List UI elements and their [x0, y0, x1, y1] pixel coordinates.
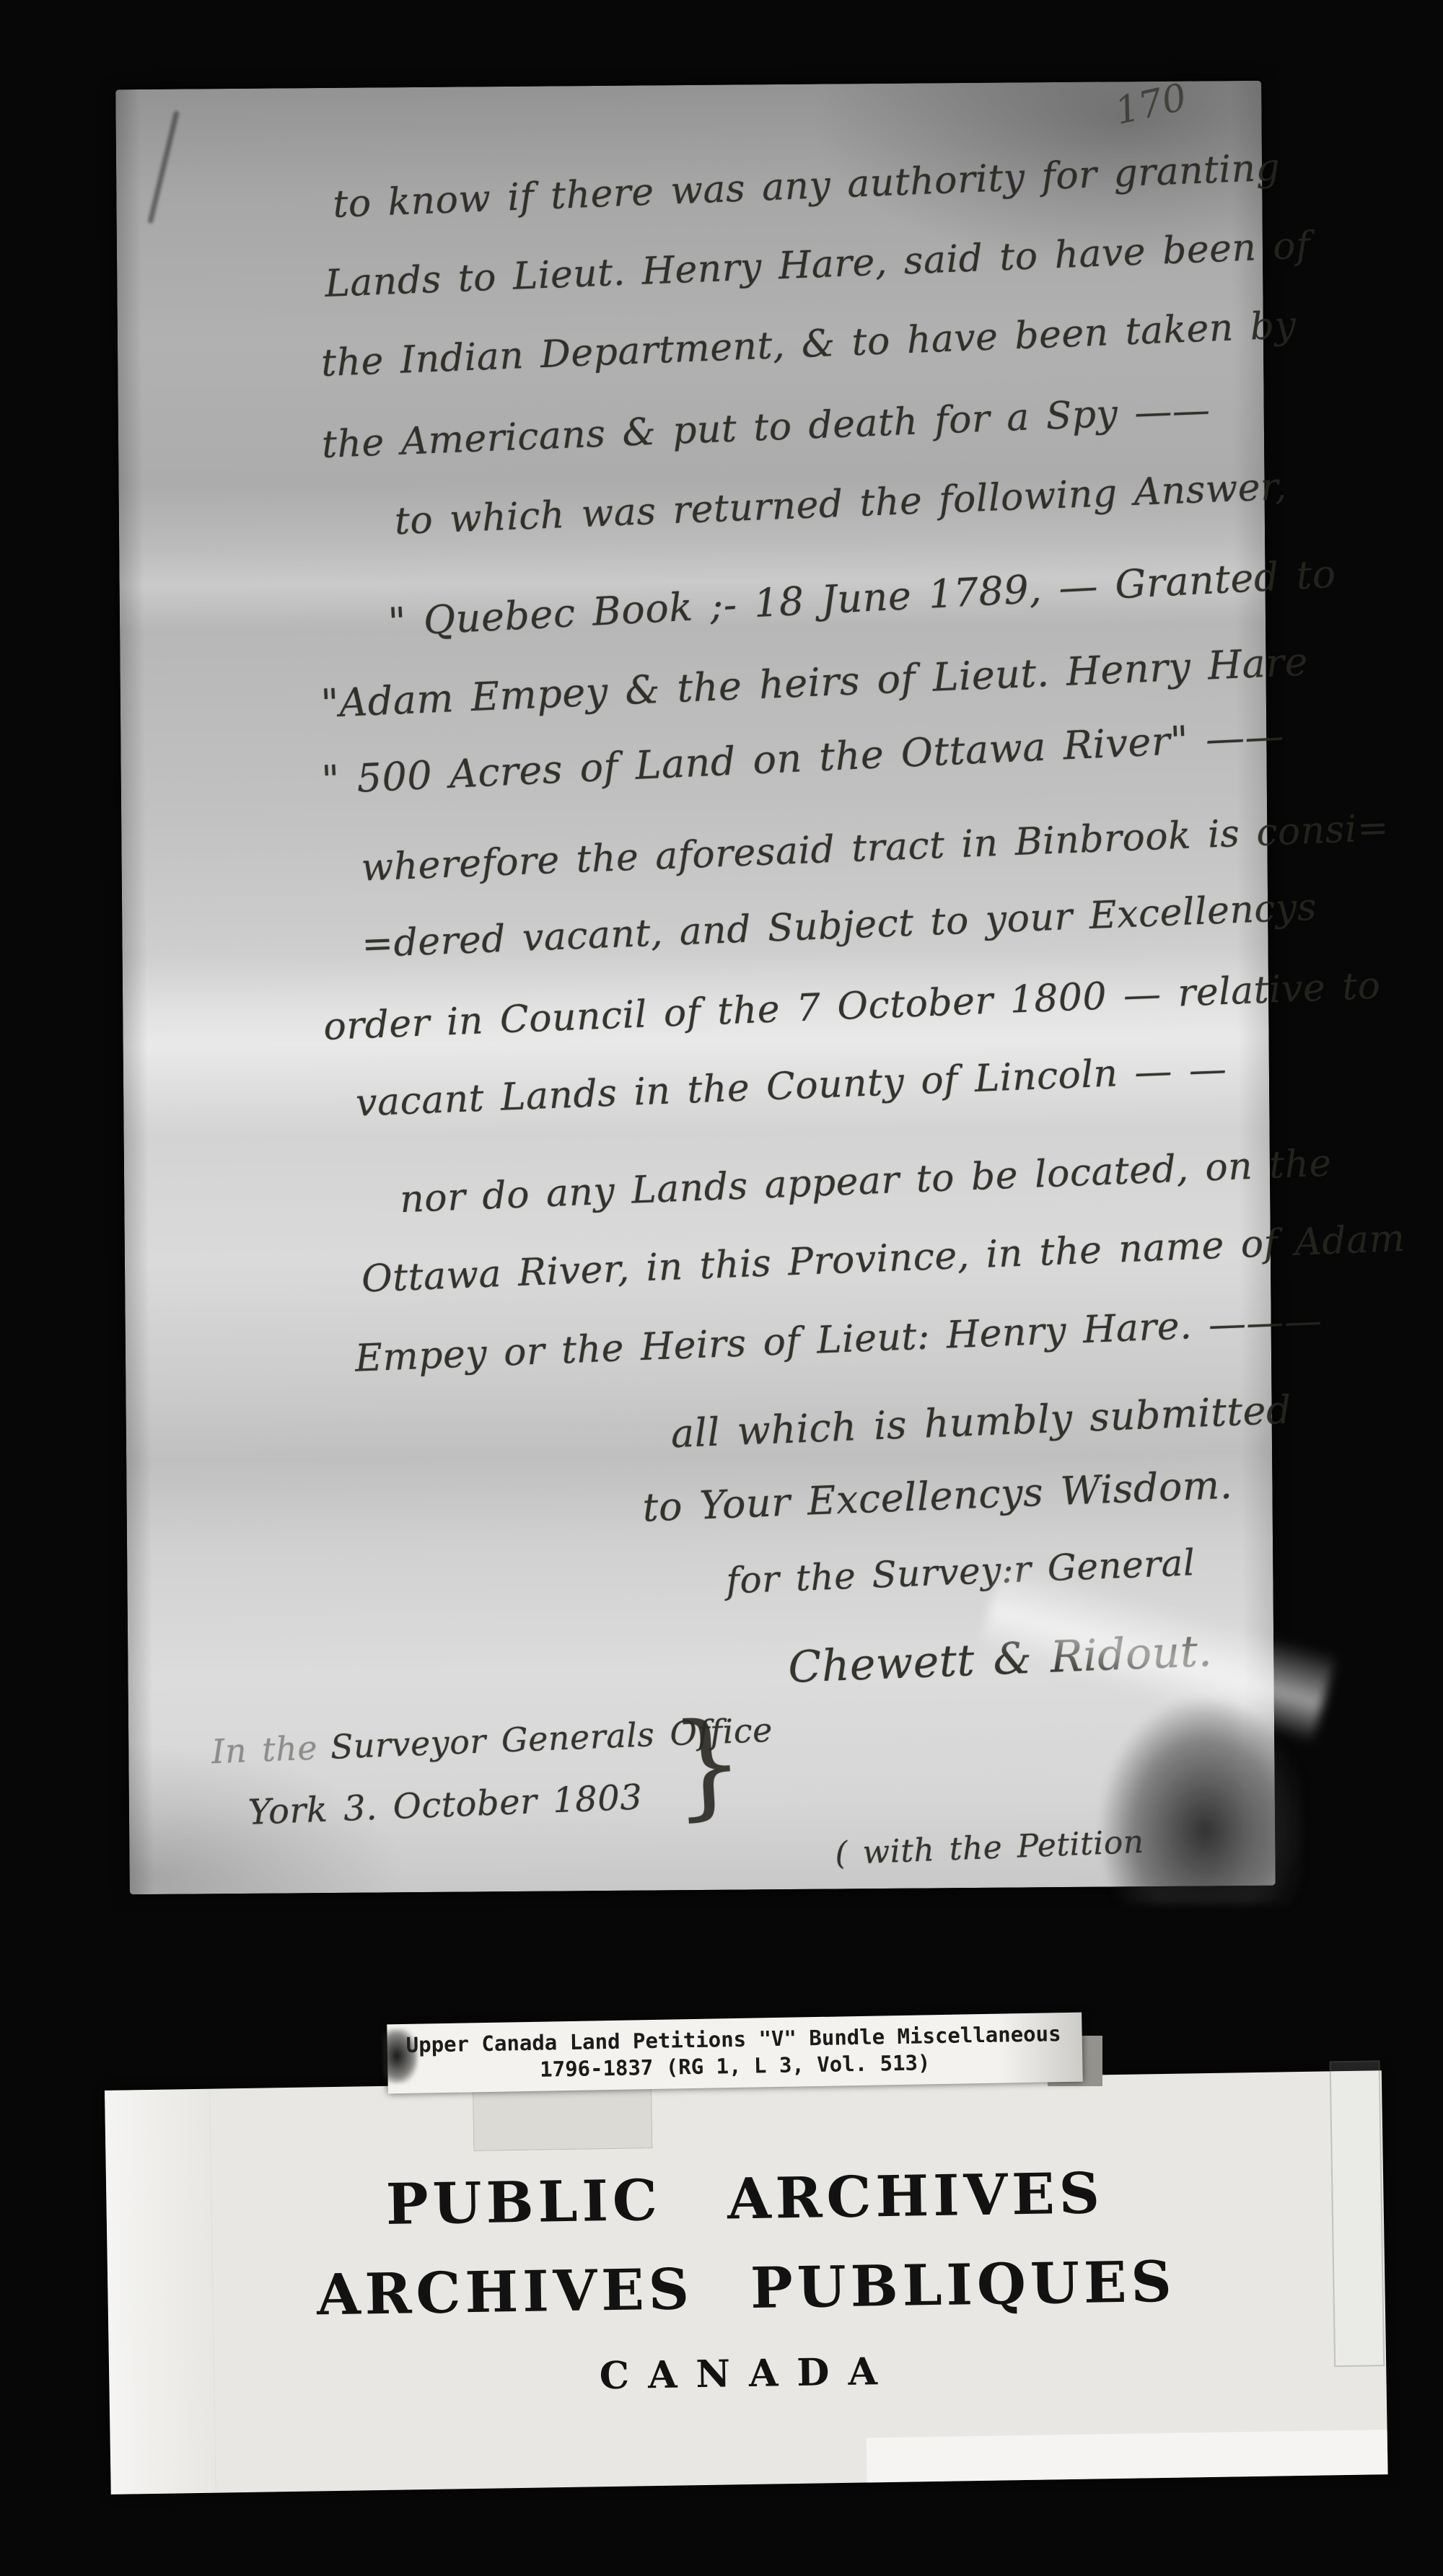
- card-title-english: PUBLIC ARCHIVES: [106, 2161, 1384, 2238]
- public-archives-card: PUBLIC ARCHIVES ARCHIVES PUBLIQUES CANAD…: [105, 2070, 1388, 2494]
- manuscript-line: to which was returned the following Answ…: [394, 465, 1288, 544]
- petition-note: ( with the Petition: [834, 1824, 1144, 1873]
- manuscript-line: Lands to Lieut. Henry Hare, said to have…: [324, 224, 1311, 306]
- manuscript-line: wherefore the aforesaid tract in Binbroo…: [361, 806, 1390, 890]
- manuscript-line: the Indian Department, & to have been ta…: [320, 304, 1297, 385]
- ink-stain: [1100, 1699, 1302, 1904]
- manuscript-line: to Your Excellencys Wisdom.: [641, 1462, 1233, 1531]
- date-line: York 3. October 1803: [247, 1777, 643, 1832]
- manuscript-line: "Adam Empey & the heirs of Lieut. Henry …: [320, 639, 1310, 726]
- office-brace: }: [668, 1705, 747, 1824]
- manuscript-line: the Americans & put to death for a Spy —…: [321, 389, 1211, 467]
- manuscript-line: to know if there was any authority for g…: [332, 146, 1281, 227]
- card-bottom-paper-edge: [867, 2430, 1388, 2482]
- card-title-french: ARCHIVES PUBLIQUES: [108, 2251, 1385, 2327]
- card-title-country: CANADA: [109, 2342, 1387, 2406]
- manuscript-line: order in Council of the 7 October 1800 —…: [323, 964, 1381, 1050]
- manuscript-line: vacant Lands in the County of Lincoln — …: [355, 1047, 1227, 1125]
- manuscript-line: for the Survey:r General: [725, 1542, 1196, 1601]
- label-edge-shading: [387, 2013, 1083, 2094]
- manuscript-line: " Quebec Book ;- 18 June 1789, — Granted…: [387, 551, 1337, 646]
- card-text-block: PUBLIC ARCHIVES ARCHIVES PUBLIQUES CANAD…: [105, 2070, 1387, 2406]
- page-number: 170: [1111, 76, 1190, 133]
- manuscript-line: Ottawa River, in this Province, in the n…: [361, 1217, 1406, 1301]
- manuscript-line: Empey or the Heirs of Lieut: Henry Hare.…: [354, 1299, 1323, 1381]
- office-line-prefix: In the: [211, 1728, 318, 1772]
- manuscript-line: all which is humbly submitted: [670, 1387, 1293, 1457]
- microfilm-frame: 170 to know if there was any authority f…: [0, 0, 1443, 2576]
- manuscript-line: nor do any Lands appear to be located, o…: [399, 1142, 1333, 1222]
- manuscript-line: =dered vacant, and Subject to your Excel…: [361, 886, 1317, 967]
- fold-crease-mark: [147, 110, 179, 224]
- archive-reference-label: Upper Canada Land Petitions "V" Bundle M…: [387, 2013, 1083, 2094]
- manuscript-line: " 500 Acres of Land on the Ottawa River"…: [320, 713, 1285, 803]
